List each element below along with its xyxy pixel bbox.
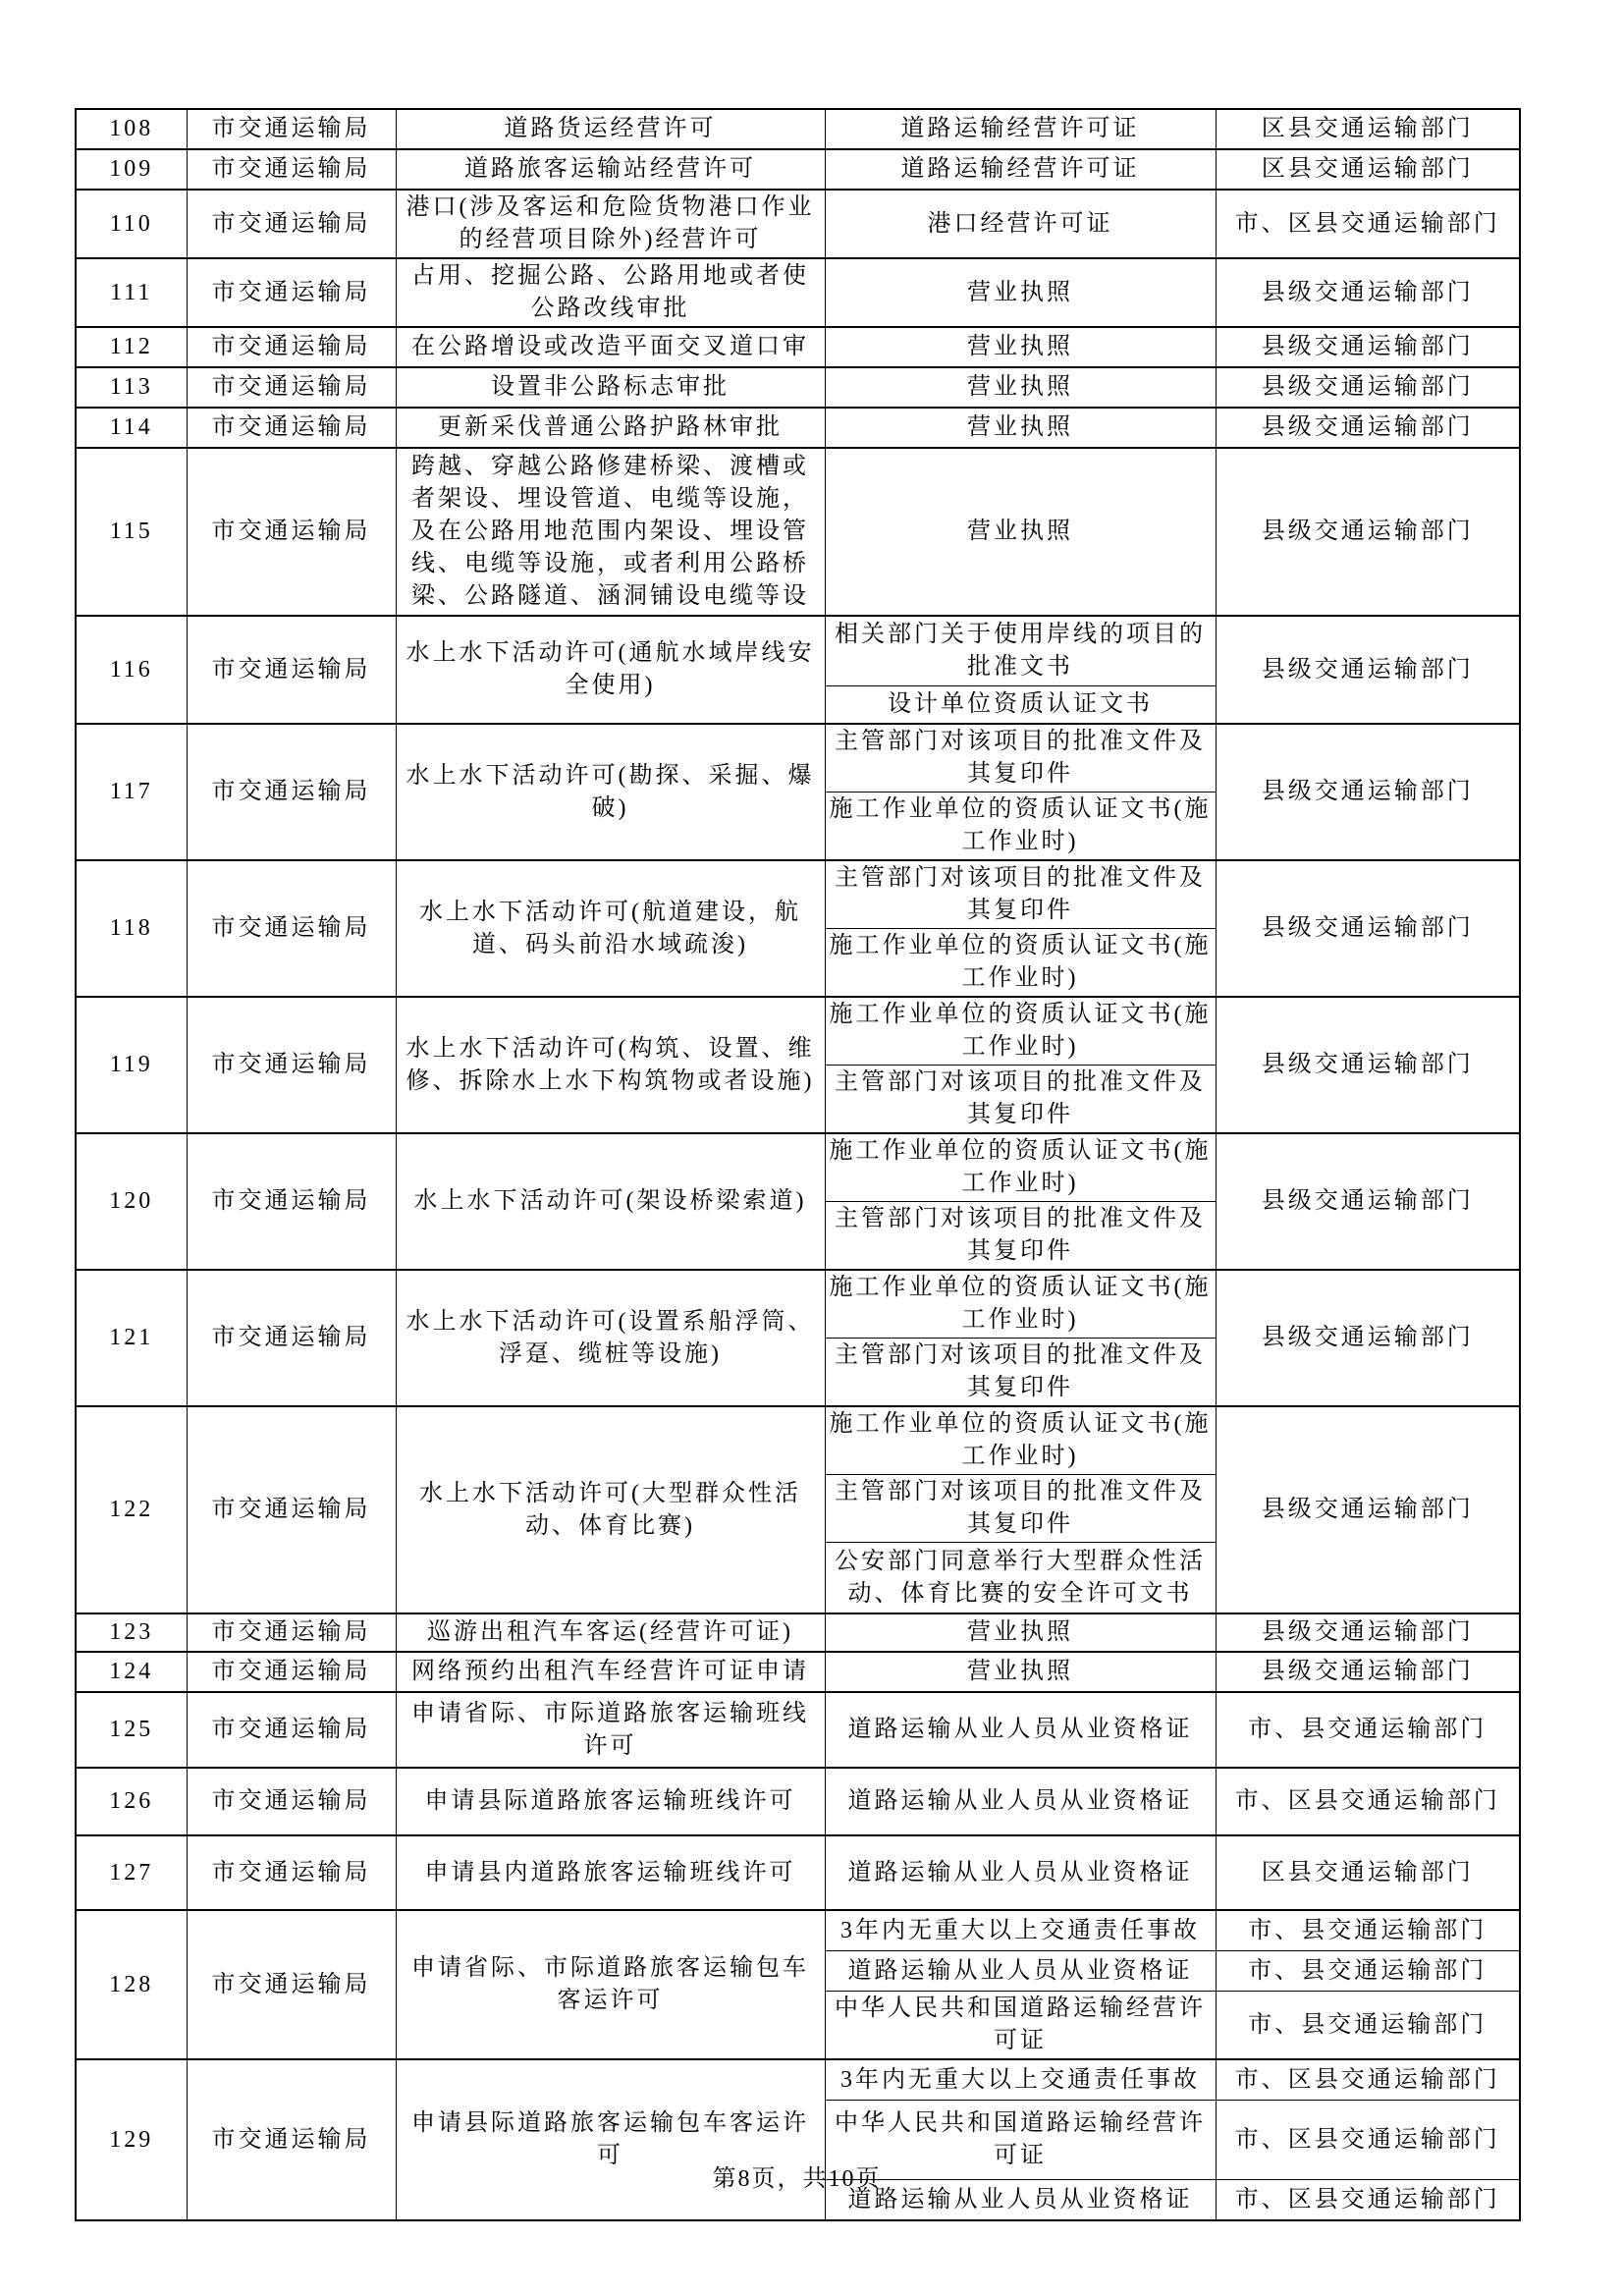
table-row: 125市交通运输局申请省际、市际道路旅客运输班线许可道路运输从业人员从业资格证市… — [76, 1692, 1520, 1768]
service-cell: 水上水下活动许可(设置系船浮筒、浮趸、缆桩等设施) — [396, 1270, 825, 1406]
document-cell: 主管部门对该项目的批准文件及其复印件 — [825, 1475, 1216, 1543]
table-row: 117市交通运输局水上水下活动许可(勘探、采掘、爆破)主管部门对该项目的批准文件… — [76, 724, 1520, 793]
document-cell: 道路运输经营许可证 — [825, 109, 1216, 149]
service-cell: 申请县内道路旅客运输班线许可 — [396, 1835, 825, 1910]
department-cell: 市、县交通运输部门 — [1216, 1992, 1520, 2060]
table-row: 119市交通运输局水上水下活动许可(构筑、设置、维修、拆除水上水下构筑物或者设施… — [76, 997, 1520, 1066]
service-cell: 水上水下活动许可(勘探、采掘、爆破) — [396, 724, 825, 860]
table-row: 126市交通运输局申请县际道路旅客运输班线许可道路运输从业人员从业资格证市、区县… — [76, 1768, 1520, 1835]
service-cell: 水上水下活动许可(航道建设，航道、码头前沿水域疏浚) — [396, 860, 825, 997]
department-cell: 市、区县交通运输部门 — [1216, 190, 1520, 258]
document-page: 108市交通运输局道路货运经营许可道路运输经营许可证区县交通运输部门109市交通… — [0, 0, 1623, 2296]
document-cell: 主管部门对该项目的批准文件及其复印件 — [825, 1066, 1216, 1134]
department-cell: 县级交通运输部门 — [1216, 327, 1520, 367]
department-cell: 县级交通运输部门 — [1216, 724, 1520, 860]
department-cell: 县级交通运输部门 — [1216, 408, 1520, 448]
service-cell: 申请省际、市际道路旅客运输班线许可 — [396, 1692, 825, 1768]
document-cell: 主管部门对该项目的批准文件及其复印件 — [825, 724, 1216, 793]
document-cell: 3年内无重大以上交通责任事故 — [825, 2059, 1216, 2101]
row-number-cell: 116 — [76, 616, 187, 724]
document-cell: 公安部门同意举行大型群众性活动、体育比赛的安全许可文书 — [825, 1543, 1216, 1614]
bureau-cell: 市交通运输局 — [187, 724, 396, 860]
row-number-cell: 121 — [76, 1270, 187, 1406]
service-cell: 在公路增设或改造平面交叉道口审 — [396, 327, 825, 367]
row-number-cell: 128 — [76, 1910, 187, 2059]
document-cell: 道路运输经营许可证 — [825, 149, 1216, 190]
row-number-cell: 108 — [76, 109, 187, 149]
bureau-cell: 市交通运输局 — [187, 109, 396, 149]
bureau-cell: 市交通运输局 — [187, 1835, 396, 1910]
bureau-cell: 市交通运输局 — [187, 408, 396, 448]
table-row: 109市交通运输局道路旅客运输站经营许可道路运输经营许可证区县交通运输部门 — [76, 149, 1520, 190]
bureau-cell: 市交通运输局 — [187, 190, 396, 258]
service-cell: 水上水下活动许可(大型群众性活动、体育比赛) — [396, 1406, 825, 1613]
row-number-cell: 119 — [76, 997, 187, 1133]
bureau-cell: 市交通运输局 — [187, 1133, 396, 1270]
table-row: 108市交通运输局道路货运经营许可道路运输经营许可证区县交通运输部门 — [76, 109, 1520, 149]
document-cell: 道路运输从业人员从业资格证 — [825, 1835, 1216, 1910]
row-number-cell: 111 — [76, 258, 187, 327]
service-cell: 巡游出租汽车客运(经营许可证) — [396, 1613, 825, 1652]
table-row: 111市交通运输局占用、挖掘公路、公路用地或者使公路改线审批营业执照县级交通运输… — [76, 258, 1520, 327]
document-cell: 道路运输从业人员从业资格证 — [825, 1951, 1216, 1992]
document-cell: 主管部门对该项目的批准文件及其复印件 — [825, 860, 1216, 929]
service-cell: 道路旅客运输站经营许可 — [396, 149, 825, 190]
bureau-cell: 市交通运输局 — [187, 616, 396, 724]
table-body: 108市交通运输局道路货运经营许可道路运输经营许可证区县交通运输部门109市交通… — [76, 109, 1520, 2220]
department-cell: 县级交通运输部门 — [1216, 258, 1520, 327]
table-row: 123市交通运输局巡游出租汽车客运(经营许可证)营业执照县级交通运输部门 — [76, 1613, 1520, 1652]
department-cell: 县级交通运输部门 — [1216, 1652, 1520, 1692]
service-cell: 申请省际、市际道路旅客运输包车客运许可 — [396, 1910, 825, 2059]
table-row: 124市交通运输局网络预约出租汽车经营许可证申请营业执照县级交通运输部门 — [76, 1652, 1520, 1692]
table-row: 129市交通运输局申请县际道路旅客运输包车客运许可3年内无重大以上交通责任事故市… — [76, 2059, 1520, 2101]
table-row: 112市交通运输局在公路增设或改造平面交叉道口审营业执照县级交通运输部门 — [76, 327, 1520, 367]
table-row: 110市交通运输局港口(涉及客运和危险货物港口作业的经营项目除外)经营许可港口经… — [76, 190, 1520, 258]
document-cell: 设计单位资质认证文书 — [825, 686, 1216, 725]
bureau-cell: 市交通运输局 — [187, 149, 396, 190]
department-cell: 县级交通运输部门 — [1216, 1133, 1520, 1270]
bureau-cell: 市交通运输局 — [187, 1910, 396, 2059]
document-cell: 道路运输从业人员从业资格证 — [825, 1692, 1216, 1768]
department-cell: 市、县交通运输部门 — [1216, 1692, 1520, 1768]
document-cell: 营业执照 — [825, 1613, 1216, 1652]
service-cell: 港口(涉及客运和危险货物港口作业的经营项目除外)经营许可 — [396, 190, 825, 258]
department-cell: 区县交通运输部门 — [1216, 1835, 1520, 1910]
row-number-cell: 115 — [76, 448, 187, 616]
document-cell: 3年内无重大以上交通责任事故 — [825, 1910, 1216, 1951]
document-cell: 施工作业单位的资质认证文书(施工作业时) — [825, 1270, 1216, 1339]
document-cell: 相关部门关于使用岸线的项目的批准文书 — [825, 616, 1216, 686]
bureau-cell: 市交通运输局 — [187, 1270, 396, 1406]
bureau-cell: 市交通运输局 — [187, 327, 396, 367]
services-table-wrap: 108市交通运输局道路货运经营许可道路运输经营许可证区县交通运输部门109市交通… — [75, 108, 1521, 2221]
service-cell: 申请县际道路旅客运输班线许可 — [396, 1768, 825, 1835]
row-number-cell: 124 — [76, 1652, 187, 1692]
table-row: 120市交通运输局水上水下活动许可(架设桥梁索道)施工作业单位的资质认证文书(施… — [76, 1133, 1520, 1202]
department-cell: 县级交通运输部门 — [1216, 860, 1520, 997]
document-cell: 营业执照 — [825, 448, 1216, 616]
department-cell: 县级交通运输部门 — [1216, 616, 1520, 724]
row-number-cell: 114 — [76, 408, 187, 448]
department-cell: 市、县交通运输部门 — [1216, 1951, 1520, 1992]
row-number-cell: 127 — [76, 1835, 187, 1910]
department-cell: 市、区县交通运输部门 — [1216, 1768, 1520, 1835]
row-number-cell: 122 — [76, 1406, 187, 1613]
department-cell: 县级交通运输部门 — [1216, 997, 1520, 1133]
document-cell: 施工作业单位的资质认证文书(施工作业时) — [825, 997, 1216, 1066]
service-cell: 申请县际道路旅客运输包车客运许可 — [396, 2059, 825, 2220]
table-row: 118市交通运输局水上水下活动许可(航道建设，航道、码头前沿水域疏浚)主管部门对… — [76, 860, 1520, 929]
table-row: 115市交通运输局跨越、穿越公路修建桥梁、渡槽或者架设、埋设管道、电缆等设施，及… — [76, 448, 1520, 616]
row-number-cell: 110 — [76, 190, 187, 258]
bureau-cell: 市交通运输局 — [187, 1768, 396, 1835]
department-cell: 县级交通运输部门 — [1216, 448, 1520, 616]
service-cell: 水上水下活动许可(通航水域岸线安全使用) — [396, 616, 825, 724]
department-cell: 县级交通运输部门 — [1216, 1613, 1520, 1652]
bureau-cell: 市交通运输局 — [187, 1406, 396, 1613]
bureau-cell: 市交通运输局 — [187, 258, 396, 327]
department-cell: 区县交通运输部门 — [1216, 109, 1520, 149]
table-row: 127市交通运输局申请县内道路旅客运输班线许可道路运输从业人员从业资格证区县交通… — [76, 1835, 1520, 1910]
row-number-cell: 125 — [76, 1692, 187, 1768]
service-cell: 道路货运经营许可 — [396, 109, 825, 149]
service-cell: 跨越、穿越公路修建桥梁、渡槽或者架设、埋设管道、电缆等设施，及在公路用地范围内架… — [396, 448, 825, 616]
row-number-cell: 129 — [76, 2059, 187, 2220]
document-cell: 主管部门对该项目的批准文件及其复印件 — [825, 1202, 1216, 1271]
document-cell: 营业执照 — [825, 327, 1216, 367]
row-number-cell: 123 — [76, 1613, 187, 1652]
table-row: 116市交通运输局水上水下活动许可(通航水域岸线安全使用)相关部门关于使用岸线的… — [76, 616, 1520, 686]
document-cell: 道路运输从业人员从业资格证 — [825, 1768, 1216, 1835]
document-cell: 施工作业单位的资质认证文书(施工作业时) — [825, 1406, 1216, 1475]
department-cell: 市、区县交通运输部门 — [1216, 2059, 1520, 2101]
bureau-cell: 市交通运输局 — [187, 367, 396, 408]
department-cell: 县级交通运输部门 — [1216, 367, 1520, 408]
bureau-cell: 市交通运输局 — [187, 1652, 396, 1692]
bureau-cell: 市交通运输局 — [187, 1613, 396, 1652]
table-row: 121市交通运输局水上水下活动许可(设置系船浮筒、浮趸、缆桩等设施)施工作业单位… — [76, 1270, 1520, 1339]
document-cell: 施工作业单位的资质认证文书(施工作业时) — [825, 793, 1216, 861]
table-row: 113市交通运输局设置非公路标志审批营业执照县级交通运输部门 — [76, 367, 1520, 408]
row-number-cell: 112 — [76, 327, 187, 367]
department-cell: 县级交通运输部门 — [1216, 1270, 1520, 1406]
document-cell: 施工作业单位的资质认证文书(施工作业时) — [825, 929, 1216, 998]
service-cell: 更新采伐普通公路护路林审批 — [396, 408, 825, 448]
bureau-cell: 市交通运输局 — [187, 1692, 396, 1768]
table-row: 128市交通运输局申请省际、市际道路旅客运输包车客运许可3年内无重大以上交通责任… — [76, 1910, 1520, 1951]
services-table: 108市交通运输局道路货运经营许可道路运输经营许可证区县交通运输部门109市交通… — [75, 108, 1521, 2221]
document-cell: 营业执照 — [825, 258, 1216, 327]
table-row: 114市交通运输局更新采伐普通公路护路林审批营业执照县级交通运输部门 — [76, 408, 1520, 448]
row-number-cell: 117 — [76, 724, 187, 860]
document-cell: 营业执照 — [825, 367, 1216, 408]
department-cell: 区县交通运输部门 — [1216, 149, 1520, 190]
row-number-cell: 118 — [76, 860, 187, 997]
document-cell: 营业执照 — [825, 408, 1216, 448]
service-cell: 水上水下活动许可(构筑、设置、维修、拆除水上水下构筑物或者设施) — [396, 997, 825, 1133]
row-number-cell: 113 — [76, 367, 187, 408]
document-cell: 中华人民共和国道路运输经营许可证 — [825, 1992, 1216, 2060]
bureau-cell: 市交通运输局 — [187, 448, 396, 616]
bureau-cell: 市交通运输局 — [187, 860, 396, 997]
service-cell: 水上水下活动许可(架设桥梁索道) — [396, 1133, 825, 1270]
row-number-cell: 120 — [76, 1133, 187, 1270]
service-cell: 网络预约出租汽车经营许可证申请 — [396, 1652, 825, 1692]
service-cell: 设置非公路标志审批 — [396, 367, 825, 408]
bureau-cell: 市交通运输局 — [187, 997, 396, 1133]
table-row: 122市交通运输局水上水下活动许可(大型群众性活动、体育比赛)施工作业单位的资质… — [76, 1406, 1520, 1475]
document-cell: 港口经营许可证 — [825, 190, 1216, 258]
bureau-cell: 市交通运输局 — [187, 2059, 396, 2220]
row-number-cell: 126 — [76, 1768, 187, 1835]
page-footer: 第8页，共10页 — [75, 2159, 1519, 2193]
row-number-cell: 109 — [76, 149, 187, 190]
department-cell: 市、县交通运输部门 — [1216, 1910, 1520, 1951]
service-cell: 占用、挖掘公路、公路用地或者使公路改线审批 — [396, 258, 825, 327]
document-cell: 施工作业单位的资质认证文书(施工作业时) — [825, 1133, 1216, 1202]
department-cell: 县级交通运输部门 — [1216, 1406, 1520, 1613]
document-cell: 营业执照 — [825, 1652, 1216, 1692]
document-cell: 主管部门对该项目的批准文件及其复印件 — [825, 1339, 1216, 1407]
